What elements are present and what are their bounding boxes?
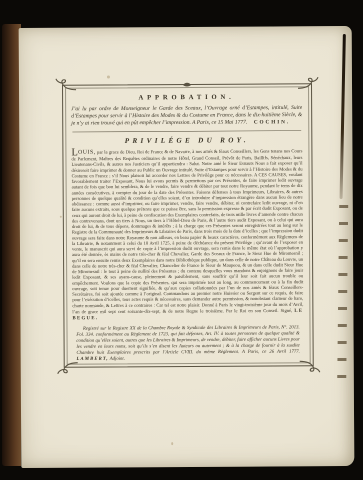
binding-stitch-marks <box>337 196 348 381</box>
approbation-paragraph: J’ai lu par ordre de Monseigneur le Gard… <box>71 104 302 127</box>
registration-signature: LAMBERT, <box>77 355 109 361</box>
approbation-heading: APPROBATION. <box>71 92 302 102</box>
privilege-body: par la grace de Dieu, Roi de France & de… <box>71 149 303 315</box>
registration-paragraph: Registré sur le Registre XX de la Chambr… <box>72 324 303 361</box>
center-ornament-icon <box>182 81 192 88</box>
privilege-heading: PRIVILÉGE DU ROY. <box>71 136 302 146</box>
privilege-paragraph: LOUIS, par la grace de Dieu, Roi de Fran… <box>71 148 303 321</box>
book-photograph: APPROBATION. J’ai lu par ordre de Monsei… <box>0 0 363 480</box>
paper-foxing-spot <box>60 216 62 218</box>
book-page: APPROBATION. J’ai lu par ordre de Monsei… <box>19 26 355 468</box>
paper-foxing-spot <box>171 442 173 445</box>
corner-flourish-icon <box>57 361 79 375</box>
corner-flourish-icon <box>55 78 77 92</box>
corner-flourish-icon <box>299 359 321 373</box>
section-divider-rule <box>72 131 301 133</box>
paper-foxing-spot <box>107 75 110 78</box>
registration-body: Registré sur le Registre XX de la Chambr… <box>76 324 299 355</box>
privilege-closing: Par le Roi en son Conseil. Signé, <box>226 308 292 313</box>
privilege-initial-word: OUIS, <box>78 149 96 155</box>
registration-signature-role: Adjoint. <box>110 355 125 361</box>
ornamental-border-frame: APPROBATION. J’ai lu par ordre de Monsei… <box>62 83 314 368</box>
approbation-signature: COCHIN. <box>254 119 290 125</box>
printed-text-block: APPROBATION. J’ai lu par ordre de Monsei… <box>71 91 304 361</box>
corner-flourish-icon <box>297 76 319 90</box>
torn-leaf-edge <box>340 34 346 199</box>
